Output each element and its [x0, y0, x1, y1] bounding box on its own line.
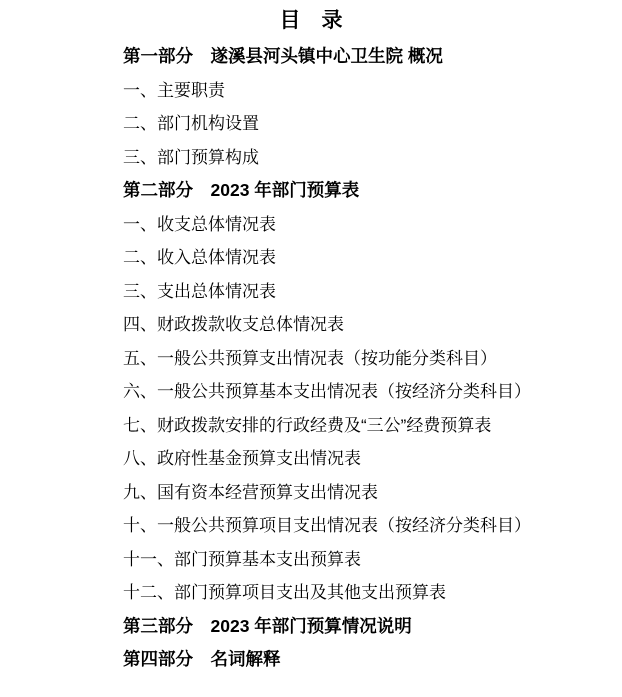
- toc-entry: 八、政府性基金预算支出情况表: [123, 442, 622, 476]
- toc-entry: 十、一般公共预算项目支出情况表（按经济分类科目）: [123, 509, 622, 543]
- toc-entry-part-2: 第二部分 2023 年部门预算表: [123, 174, 622, 208]
- toc-entry: 六、一般公共预算基本支出情况表（按经济分类科目）: [123, 375, 622, 409]
- toc-entry: 二、部门机构设置: [123, 107, 622, 141]
- toc-entry: 四、财政拨款收支总体情况表: [123, 308, 622, 342]
- toc-page: 目 录 第一部分 遂溪县河头镇中心卫生院 概况 一、主要职责 二、部门机构设置 …: [0, 0, 622, 697]
- toc-entry: 十二、部门预算项目支出及其他支出预算表: [123, 576, 622, 610]
- toc-entry: 五、一般公共预算支出情况表（按功能分类科目）: [123, 342, 622, 376]
- toc-entry: 三、支出总体情况表: [123, 275, 622, 309]
- toc-entry-part-4: 第四部分 名词解释: [123, 643, 622, 677]
- toc-entry-part-1: 第一部分 遂溪县河头镇中心卫生院 概况: [123, 40, 622, 74]
- page-title: 目 录: [0, 0, 622, 33]
- toc-entry: 十一、部门预算基本支出预算表: [123, 543, 622, 577]
- toc-entry: 二、收入总体情况表: [123, 241, 622, 275]
- toc-entry-part-3: 第三部分 2023 年部门预算情况说明: [123, 610, 622, 644]
- toc-entry: 七、财政拨款安排的行政经费及“三公”经费预算表: [123, 409, 622, 443]
- toc-entry: 一、主要职责: [123, 74, 622, 108]
- toc-entry: 一、收支总体情况表: [123, 208, 622, 242]
- toc-entry: 三、部门预算构成: [123, 141, 622, 175]
- toc-entry: 九、国有资本经营预算支出情况表: [123, 476, 622, 510]
- toc-list: 第一部分 遂溪县河头镇中心卫生院 概况 一、主要职责 二、部门机构设置 三、部门…: [123, 40, 622, 677]
